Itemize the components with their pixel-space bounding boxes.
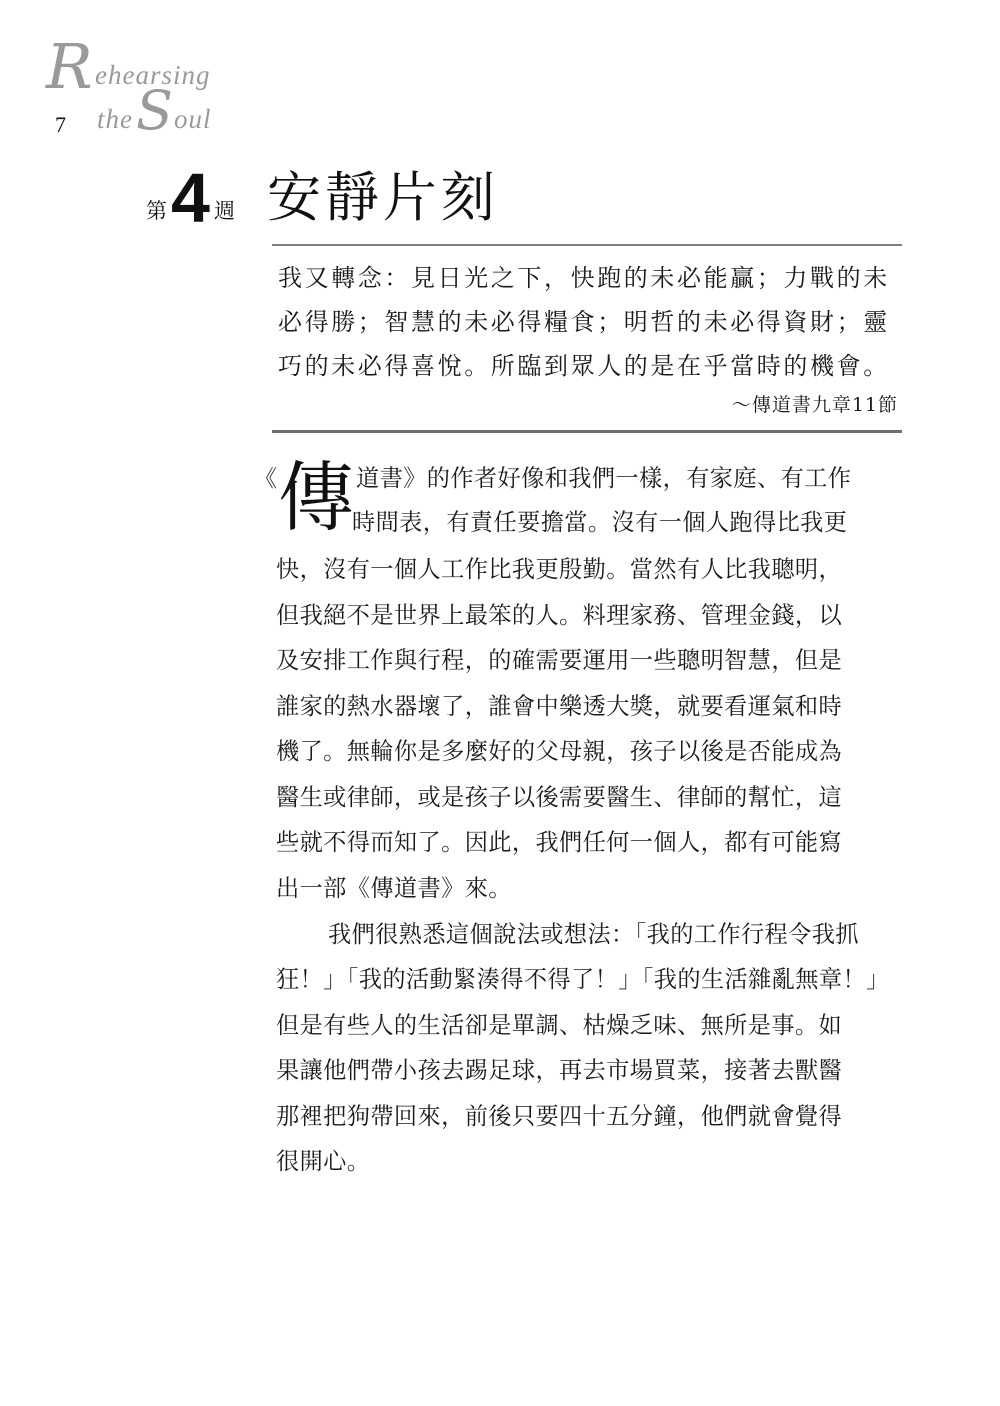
- body-line: 誰家的熱水器壞了，誰會中樂透大獎，就要看運氣和時: [276, 692, 842, 722]
- body-line: 但我絕不是世界上最笨的人。料理家務、管理金錢，以: [276, 601, 842, 631]
- body-line: 果讓他們帶小孩去踢足球，再去市場買菜，接著去獸醫: [276, 1056, 842, 1086]
- body-line: 時間表，有責任要擔當。沒有一個人跑得比我更: [352, 508, 847, 538]
- body-line: 我們很熟悉這個說法或想法：「我的工作行程令我抓: [328, 920, 859, 950]
- body-line: 些就不得而知了。因此，我們任何一個人，都有可能寫: [276, 828, 842, 858]
- week-suffix: 週: [214, 201, 235, 222]
- body-line: 醫生或律師，或是孩子以後需要醫生、律師的幫忙，這: [276, 783, 842, 813]
- chapter-heading: 第 4 週 安靜片刻: [146, 150, 499, 230]
- body-line: 但是有些人的生活卻是單調、枯燥乏味、無所是事。如: [276, 1011, 842, 1041]
- epigraph-source: ～傳道書九章11節: [272, 392, 902, 418]
- drop-cap-open-quote: 《: [254, 464, 277, 494]
- drop-cap: 傳: [278, 456, 354, 540]
- epigraph: 我又轉念：見日光之下，快跑的未必能贏；力戰的未 必得勝；智慧的未必得糧食；明哲的…: [272, 244, 902, 433]
- chapter-title: 安靜片刻: [267, 168, 499, 228]
- page-number: 7: [55, 112, 66, 138]
- body-line: 很開心。: [276, 1147, 370, 1177]
- series-title-cap-s: S: [136, 84, 173, 138]
- epigraph-top-rule: [272, 244, 902, 246]
- body-line: 道書》的作者好像和我們一樣，有家庭、有工作: [356, 464, 851, 494]
- week-number: 4: [171, 166, 210, 230]
- running-header: R ehearsing 7 the S oul: [38, 42, 238, 142]
- epigraph-line: 必得勝；智慧的未必得糧食；明哲的未必得資財；靈: [278, 300, 902, 344]
- body-line: 狂！」「我的活動緊湊得不得了！」「我的生活雜亂無章！」: [276, 965, 890, 995]
- body-line: 及安排工作與行程，的確需要運用一些聰明智慧，但是: [276, 646, 842, 676]
- body-line: 快，沒有一個人工作比我更殷勤。當然有人比我聰明，: [276, 555, 842, 585]
- body-line: 機了。無輪你是多麼好的父母親，孩子以後是否能成為: [276, 737, 842, 767]
- epigraph-bottom-rule: [272, 430, 902, 433]
- epigraph-line: 我又轉念：見日光之下，快跑的未必能贏；力戰的未: [278, 256, 902, 300]
- epigraph-quote: 我又轉念：見日光之下，快跑的未必能贏；力戰的未 必得勝；智慧的未必得糧食；明哲的…: [278, 256, 902, 388]
- series-title-line2: oul: [174, 104, 212, 135]
- body-line: 出一部《傳道書》來。: [276, 874, 512, 904]
- epigraph-line: 巧的未必得喜悅。所臨到眾人的是在乎當時的機會。: [278, 344, 902, 388]
- series-title-cap-r: R: [46, 36, 93, 98]
- body-line: 那裡把狗帶回來，前後只要四十五分鐘，他們就會覺得: [276, 1102, 842, 1132]
- series-title-the: the: [97, 104, 133, 135]
- week-prefix: 第: [146, 201, 167, 222]
